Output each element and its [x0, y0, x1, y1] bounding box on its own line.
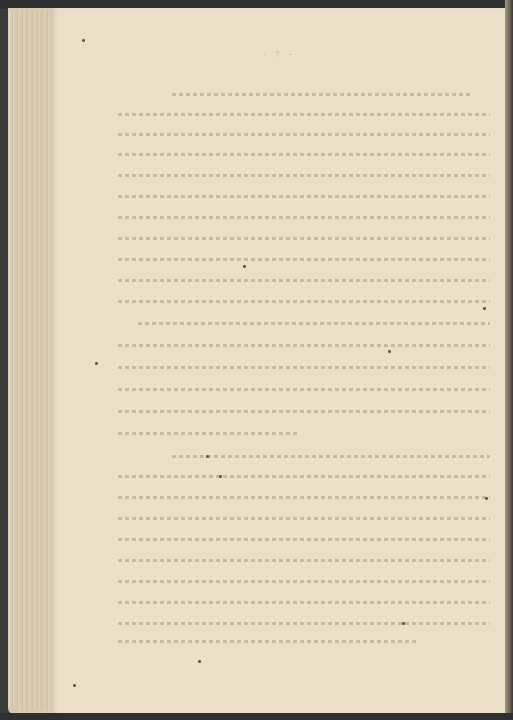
text-line [118, 174, 490, 177]
scan-bottom-border [0, 713, 513, 720]
ink-speck [402, 622, 405, 625]
ink-speck [483, 307, 486, 310]
text-line [118, 388, 490, 391]
page-number: - ? - [262, 50, 294, 60]
text-line [118, 366, 490, 369]
text-line [118, 133, 490, 136]
ink-speck [73, 684, 76, 687]
ink-speck [219, 475, 222, 478]
scan-right-border [505, 0, 513, 720]
text-line [118, 601, 490, 604]
ink-speck [388, 350, 391, 353]
ink-speck [198, 660, 201, 663]
ink-speck [95, 362, 98, 365]
text-line [118, 216, 490, 219]
text-line [118, 195, 490, 198]
text-line [118, 517, 490, 520]
text-line [138, 322, 490, 325]
text-line [118, 410, 490, 413]
text-line [118, 432, 298, 435]
text-line [118, 475, 490, 478]
ink-speck [485, 497, 488, 500]
text-line [118, 538, 490, 541]
text-line [118, 237, 490, 240]
text-line [118, 640, 418, 643]
text-line [118, 559, 490, 562]
text-line [118, 300, 490, 303]
ink-speck [243, 265, 246, 268]
text-line [118, 279, 490, 282]
ink-speck [206, 455, 209, 458]
text-line [118, 258, 490, 261]
text-line [172, 93, 472, 96]
stacked-page-edges [10, 10, 54, 710]
text-line [118, 344, 490, 347]
text-line [118, 153, 490, 156]
text-line [172, 455, 490, 458]
ink-speck [82, 39, 85, 42]
text-line [118, 580, 490, 583]
text-line [118, 113, 490, 116]
text-line [118, 622, 490, 625]
text-line [118, 496, 490, 499]
